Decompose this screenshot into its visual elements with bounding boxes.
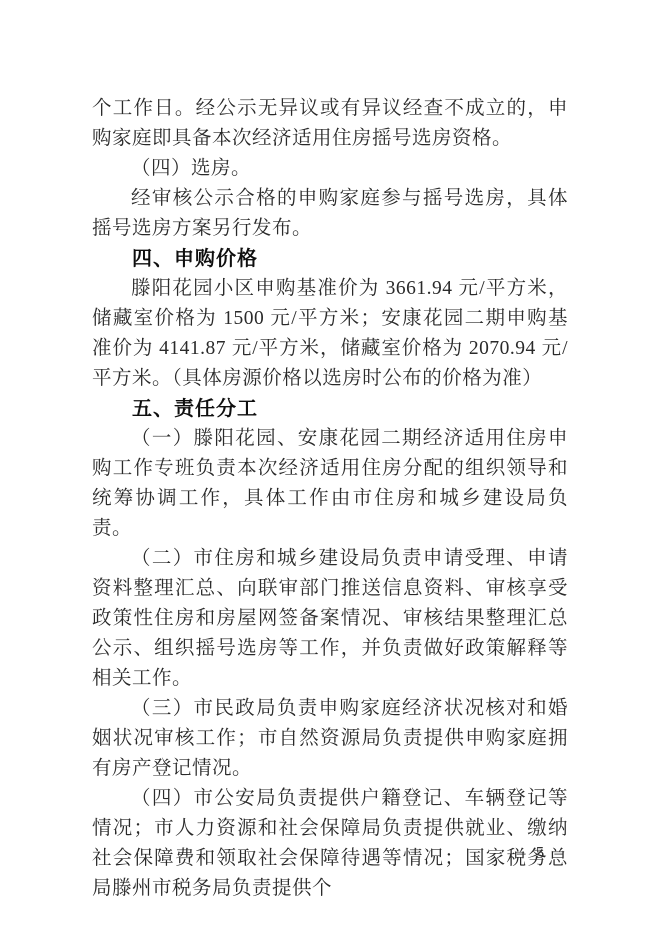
paragraph: （一）滕阳花园、安康花园二期经济适用住房申购工作专班负责本次经济适用住房分配的组… xyxy=(92,424,568,544)
page-number: – 5 – xyxy=(517,843,566,863)
paragraph: 经审核公示合格的申购家庭参与摇号选房，具体摇号选房方案另行发布。 xyxy=(92,184,568,244)
document-body: 个工作日。经公示无异议或有异议经查不成立的，申购家庭即具备本次经济适用住房摇号选… xyxy=(92,94,568,904)
paragraph: （二）市住房和城乡建设局负责申请受理、申请资料整理汇总、向联审部门推送信息资料、… xyxy=(92,544,568,694)
paragraph: 滕阳花园小区申购基准价为 3661.94 元/平方米，储藏室价格为 1500 元… xyxy=(92,274,568,394)
paragraph: （三）市民政局负责申购家庭经济状况核对和婚姻状况审核工作；市自然资源局负责提供申… xyxy=(92,694,568,784)
paragraph: （四）选房。 xyxy=(92,154,568,184)
paragraph: 个工作日。经公示无异议或有异议经查不成立的，申购家庭即具备本次经济适用住房摇号选… xyxy=(92,94,568,154)
section-heading-purchase-price: 四、申购价格 xyxy=(92,244,568,274)
document-page: 个工作日。经公示无异议或有异议经查不成立的，申购家庭即具备本次经济适用住房摇号选… xyxy=(0,0,660,933)
section-heading-responsibility: 五、责任分工 xyxy=(92,394,568,424)
paragraph: （四）市公安局负责提供户籍登记、车辆登记等情况；市人力资源和社会保障局负责提供就… xyxy=(92,784,568,904)
